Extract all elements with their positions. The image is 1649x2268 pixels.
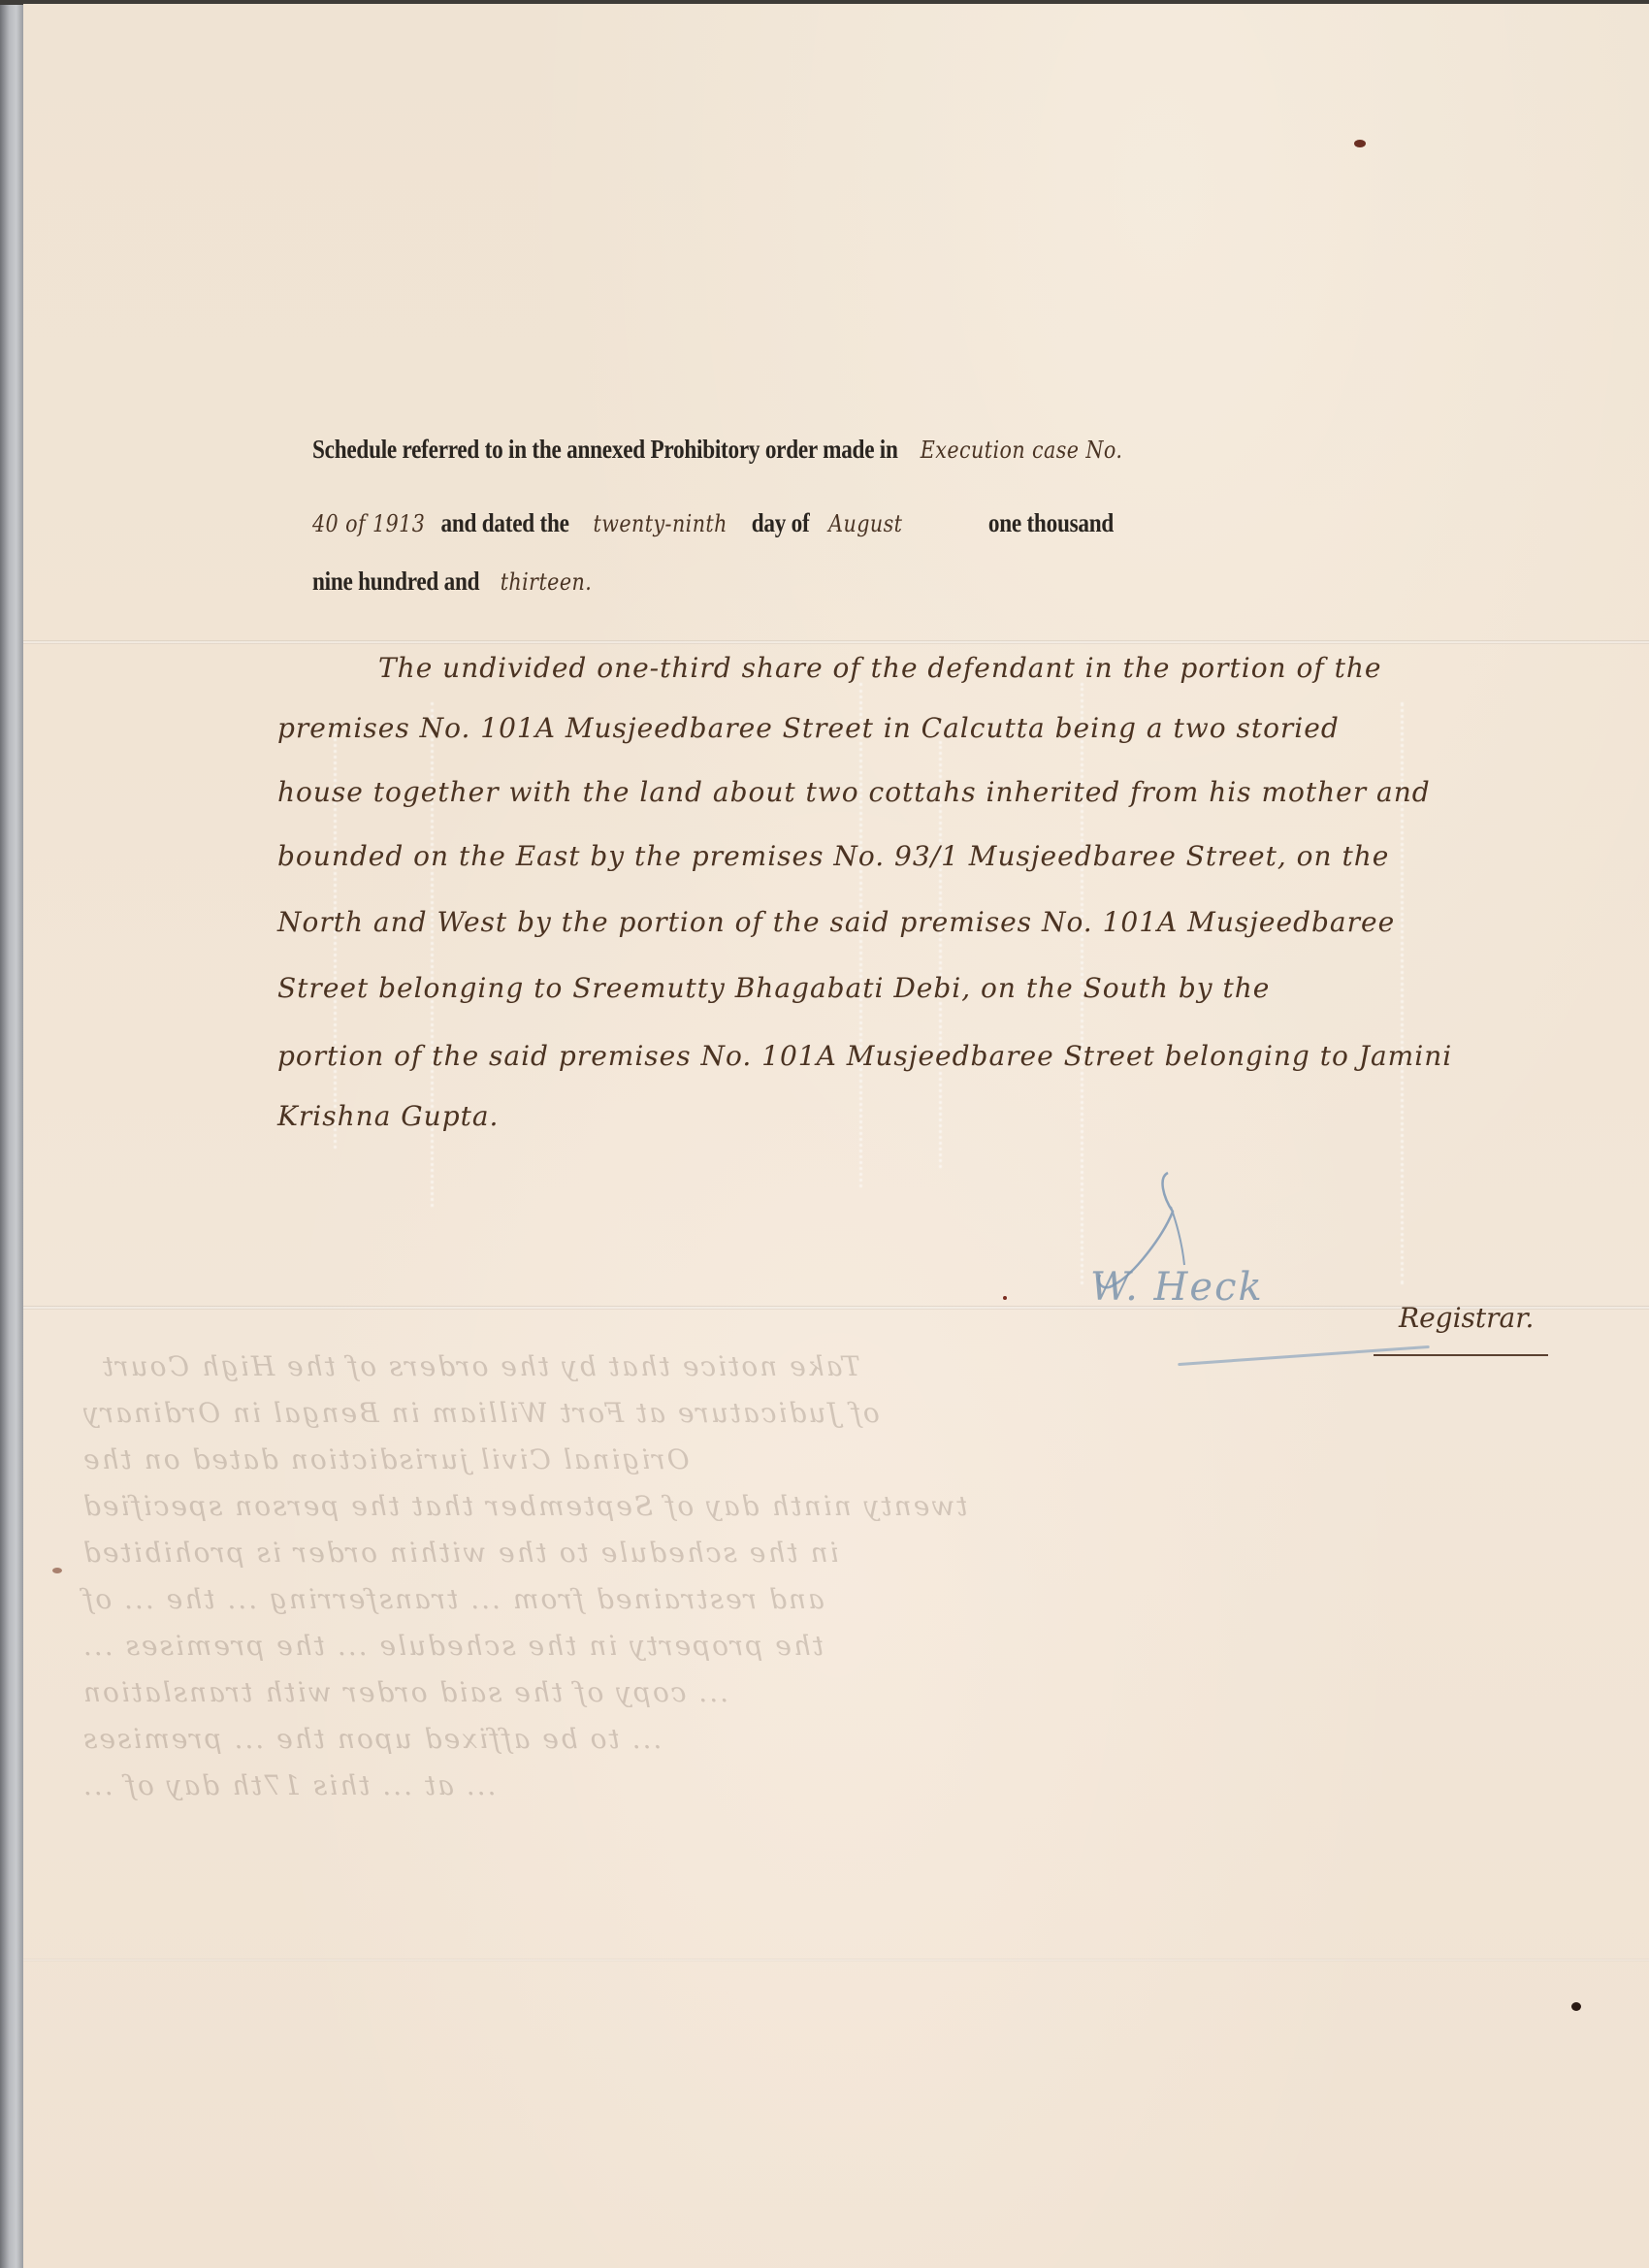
reverse-show-through: ... to be affixed upon the ... premises [81,1723,662,1755]
schedule-line: The undivided one-third share of the def… [378,652,1381,684]
handwritten-day: twenty-ninth [594,510,727,537]
reverse-show-through: and restrained from ... transferring ...… [81,1583,824,1615]
schedule-line: North and West by the portion of the sai… [277,906,1395,938]
printed-text: day of [752,508,810,537]
printed-text: and dated the [441,508,569,537]
reverse-show-through: of Judicature at Fort William in Bengal … [81,1397,880,1429]
schedule-line: Krishna Gupta. [277,1100,499,1132]
reverse-show-through: Take notice that by the orders of the Hi… [101,1350,860,1382]
reverse-show-through: twenty ninth day of September that the p… [81,1490,968,1522]
heading-line-2: 40 of 1913 and dated the twenty-ninth da… [312,508,1114,538]
schedule-line: Street belonging to Sreemutty Bhagabati … [277,972,1270,1004]
reverse-show-through: ... copy of the said order with translat… [81,1676,728,1708]
reverse-show-through: in the schedule to the within order is p… [81,1537,839,1569]
stain-speck [52,1568,62,1573]
registrar-signature: W. Heck [1090,1265,1264,1310]
handwritten-case-number: 40 of 1913 [312,510,425,537]
scanner-edge [0,0,23,2268]
reverse-show-through: the property in the schedule ... the pre… [81,1630,824,1662]
schedule-line: portion of the said premises No. 101A Mu… [277,1040,1452,1072]
schedule-line: bounded on the East by the premises No. … [277,840,1389,872]
document-page: Take notice that by the orders of the Hi… [23,4,1649,2268]
registrar-title: Registrar. [1399,1302,1534,1334]
schedule-line: premises No. 101A Musjeedbaree Street in… [277,712,1340,744]
heading-line-3: nine hundred and thirteen. [312,567,592,597]
stain-speck [1003,1296,1007,1300]
handwritten-month: August [828,510,902,537]
handwritten-year: thirteen. [501,568,593,596]
printed-text: one thousand [988,508,1114,537]
printed-text: Schedule referred to in the annexed Proh… [312,435,898,464]
handwritten-case-label: Execution case No. [921,437,1123,464]
registrar-underline [1374,1354,1548,1356]
heading-line-1: Schedule referred to in the annexed Proh… [312,435,1122,465]
fold-line [23,1959,1649,1961]
stain-speck [1354,140,1366,147]
reverse-show-through: ... at ... this 17th day of ... [81,1769,497,1801]
printed-text: nine hundred and [312,567,479,596]
fold-line [23,640,1649,644]
reverse-show-through: Original Civil jurisdiction dated on the [81,1443,690,1475]
schedule-line: house together with the land about two c… [277,776,1431,808]
stain-speck [1571,2002,1581,2011]
